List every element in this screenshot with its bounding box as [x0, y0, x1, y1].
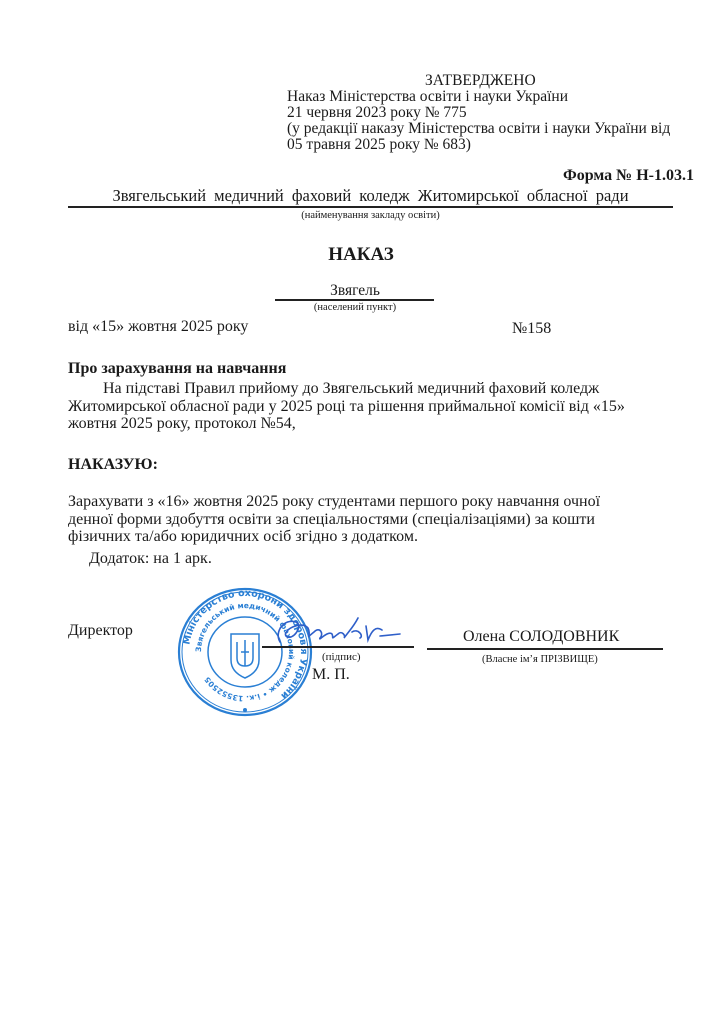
- seal-mark: М. П.: [312, 666, 350, 684]
- preamble: На підставі Правил прийому до Звягельськ…: [68, 380, 625, 433]
- decree-line: фізичних та/або юридичних осіб згідно з …: [68, 528, 600, 546]
- city-underline: [275, 299, 434, 301]
- preamble-line: жовтня 2025 року, протокол №54,: [68, 415, 625, 433]
- order-title: НАКАЗ: [0, 244, 722, 266]
- approval-line: Наказ Міністерства освіти і науки Україн…: [287, 89, 670, 105]
- order-number: №158: [512, 320, 551, 338]
- city-caption: (населений пункт): [275, 302, 435, 313]
- preamble-line: На підставі Правил прийому до Звягельськ…: [68, 380, 625, 398]
- signer-name: Олена СОЛОДОВНИК: [463, 628, 619, 646]
- approval-title: ЗАТВЕРДЖЕНО: [287, 73, 670, 89]
- order-subject: Про зарахування на навчання: [68, 360, 286, 378]
- signature-underline: [262, 646, 414, 648]
- city: Звягель: [275, 282, 435, 300]
- approval-line: 21 червня 2023 року № 775: [287, 105, 670, 121]
- approval-block: ЗАТВЕРДЖЕНО Наказ Міністерства освіти і …: [287, 73, 670, 153]
- order-date: від «15» жовтня 2025 року: [68, 318, 248, 336]
- decree-line: Зарахувати з «16» жовтня 2025 року студе…: [68, 493, 600, 511]
- approval-line: 05 травня 2025 року № 683): [287, 137, 670, 153]
- orders-heading: НАКАЗУЮ:: [68, 456, 158, 474]
- institution-name: Звягельський медичний фаховий коледж Жит…: [68, 186, 673, 206]
- name-caption: (Власне ім’я ПРІЗВИЩЕ): [482, 654, 598, 665]
- signature-caption: (підпис): [322, 651, 361, 663]
- decree-line: денної форми здобуття освіти за спеціаль…: [68, 511, 600, 529]
- name-underline: [427, 648, 663, 650]
- trident-icon: [231, 634, 259, 678]
- institution-underline: [68, 206, 673, 208]
- decree: Зарахувати з «16» жовтня 2025 року студе…: [68, 493, 600, 546]
- institution-caption: (найменування закладу освіти): [68, 210, 673, 221]
- form-number: Форма № Н-1.03.1: [563, 167, 694, 185]
- signer-position: Директор: [68, 622, 133, 640]
- preamble-line: Житомирської обласної ради у 2025 році т…: [68, 398, 625, 416]
- approval-line: (у редакції наказу Міністерства освіти і…: [287, 121, 670, 137]
- annex-note: Додаток: на 1 арк.: [89, 550, 212, 568]
